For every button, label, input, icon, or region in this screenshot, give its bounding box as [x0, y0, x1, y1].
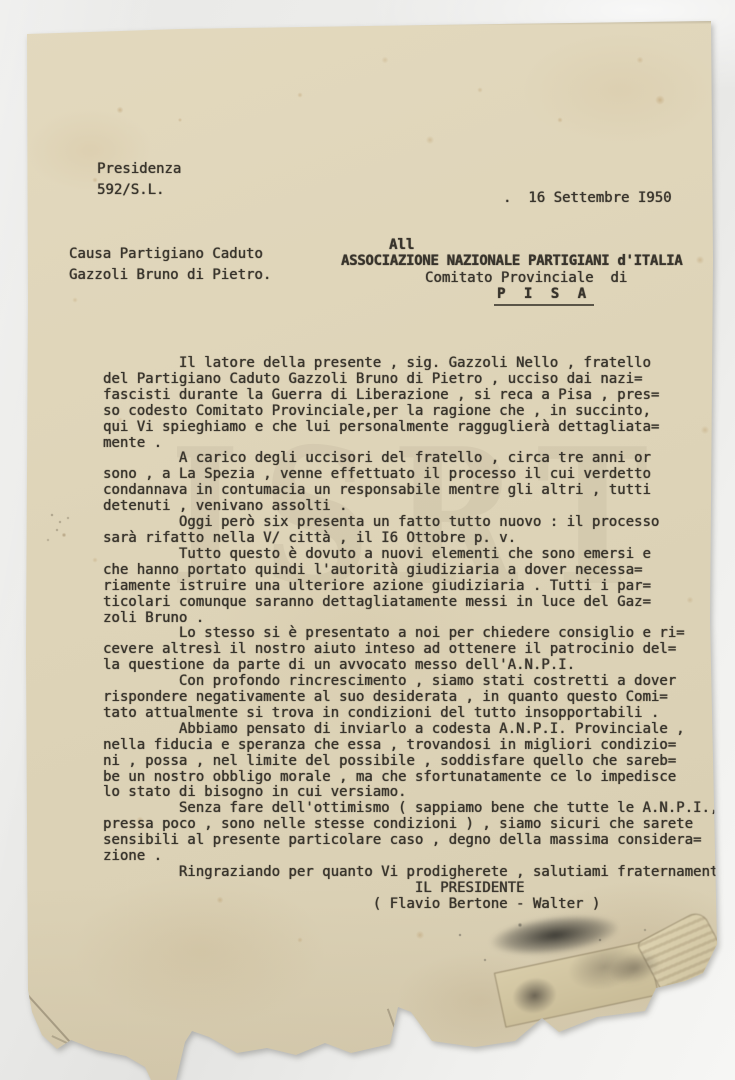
crease-line — [52, 1035, 107, 1062]
subject-block: Causa Partigiano CadutoGazzoli Bruno di … — [69, 244, 271, 286]
photo-background: ISRT Presidenza592/S.L. . 16 Settembre I… — [0, 0, 735, 1080]
date-line: . 16 Settembre I950 — [503, 191, 672, 207]
office-reference: Presidenza592/S.L. — [97, 159, 181, 201]
paper-top-edge-shadow — [27, 19, 713, 28]
recipient-to: All — [389, 238, 414, 254]
letter-body: Il latore della presente , sig. Gazzoli … — [103, 356, 727, 913]
crease-line — [387, 1008, 404, 1052]
protocol-number: 592/S.L. — [97, 182, 164, 198]
letter-paper: ISRT Presidenza592/S.L. . 16 Settembre I… — [0, 0, 735, 1080]
recipient-city: P I S A — [494, 287, 594, 306]
office-line1: Presidenza — [97, 161, 181, 177]
paper-surface: ISRT Presidenza592/S.L. . 16 Settembre I… — [0, 0, 735, 1080]
crease-line — [25, 992, 76, 1048]
recipient-organization: ASSOCIAZIONE NAZIONALE PARTIGIANI d'ITAL… — [341, 254, 682, 270]
recipient-committee: Comitato Provinciale di — [425, 271, 627, 287]
subject-line1: Causa Partigiano Caduto — [69, 246, 263, 262]
subject-line2: Gazzoli Bruno di Pietro. — [69, 267, 271, 283]
